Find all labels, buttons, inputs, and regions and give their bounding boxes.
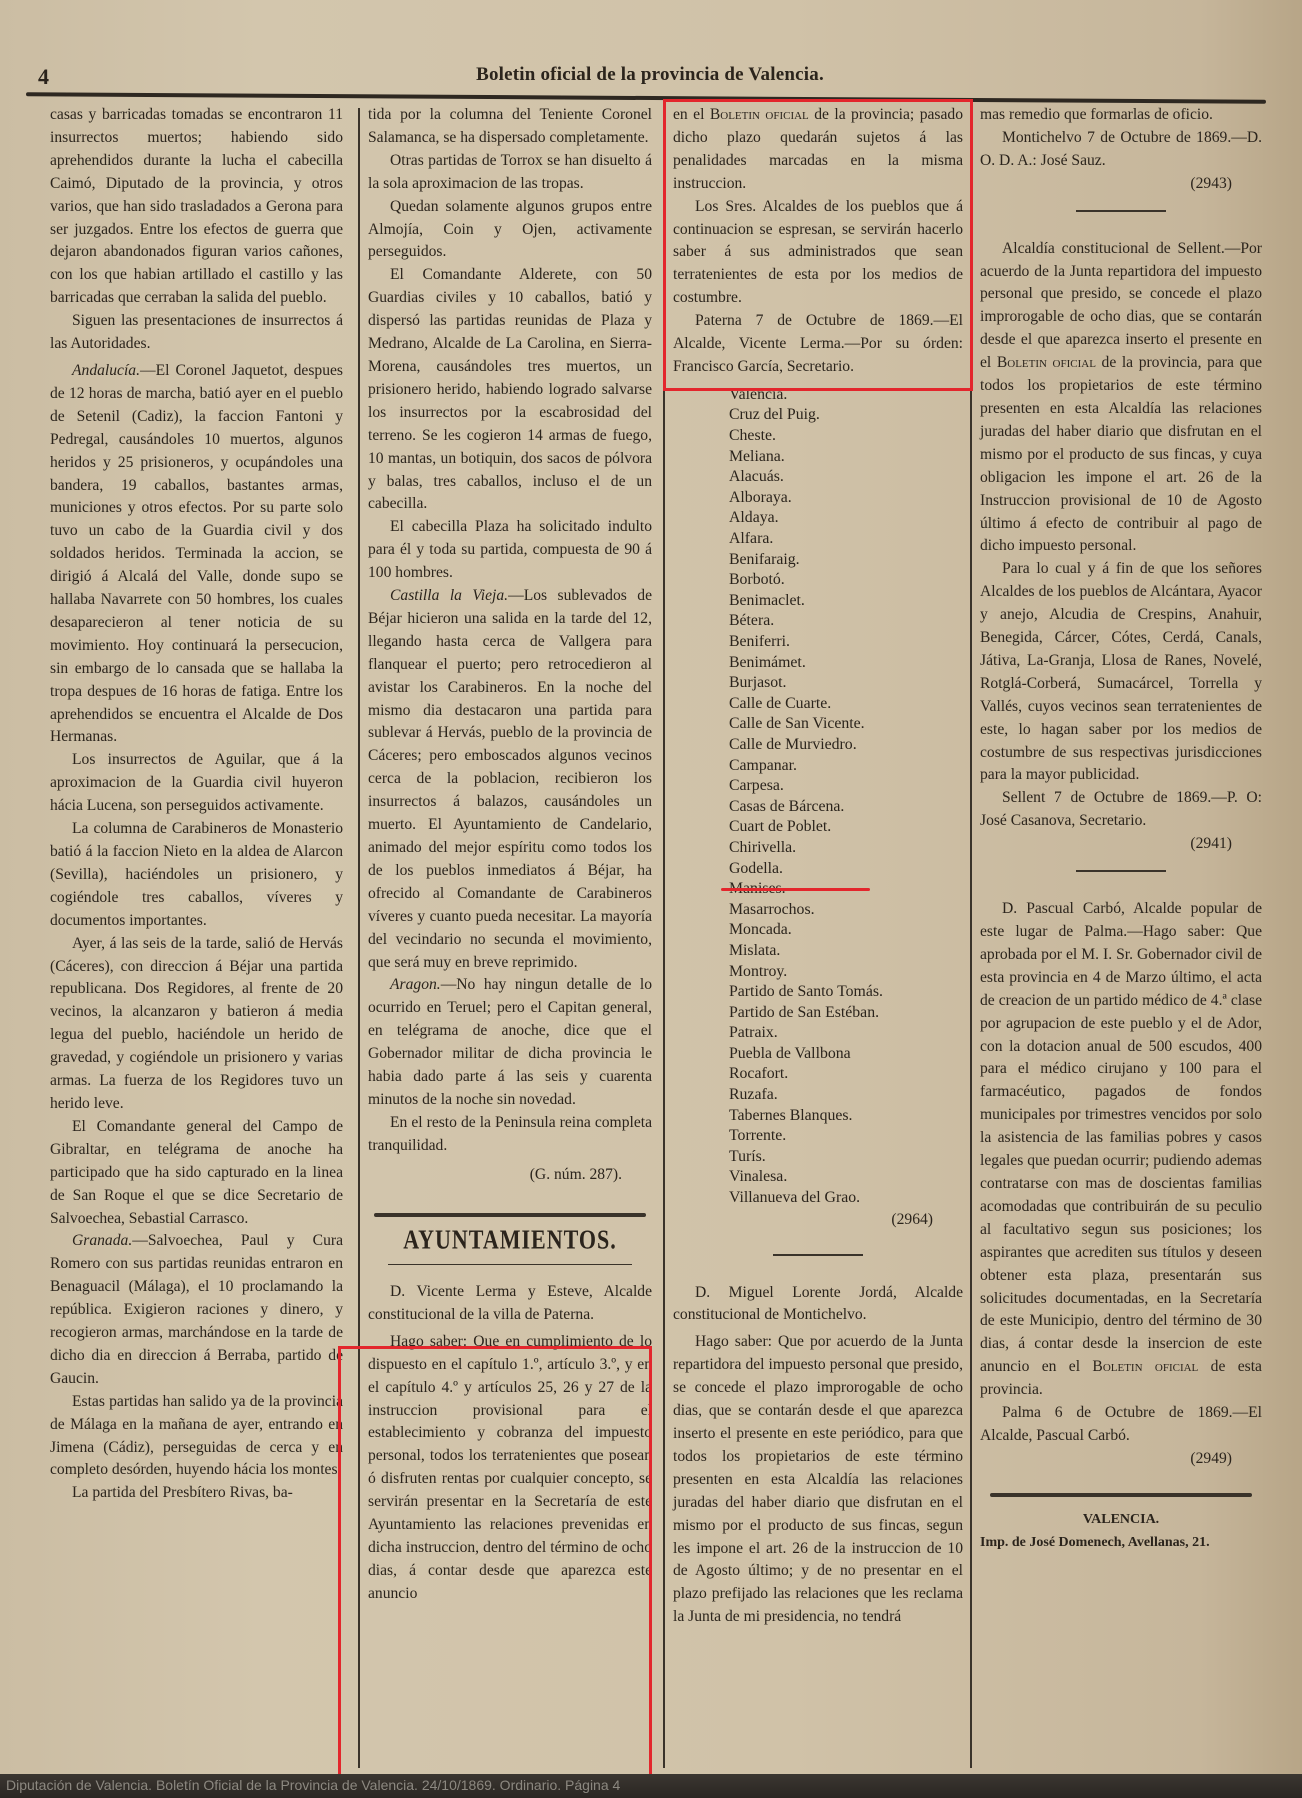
town-item: Calle de San Vicente. — [729, 714, 963, 735]
notice-body: Hago saber: Que por acuerdo de la Junta … — [673, 1331, 963, 1629]
town-item: Valencia. — [729, 385, 963, 406]
town-item: Casas de Bárcena. — [729, 797, 963, 818]
article-paragraph: El cabecilla Plaza ha solicitado indulto… — [368, 516, 652, 585]
notice-paragraph: Los Sres. Alcaldes de los pueblos que á … — [673, 196, 963, 311]
castilla-paragraph: Castilla la Vieja.—Los sublevados de Béj… — [368, 585, 652, 974]
notice-intro: D. Miguel Lorente Jordá, Alcalde constit… — [673, 1282, 963, 1328]
town-item-highlighted: Cuart de Poblet. — [729, 817, 963, 838]
notice-continuation: en el Boletin oficial de la provincia; p… — [673, 104, 963, 196]
bulletin-name: Boletin oficial — [710, 106, 809, 123]
town-item: Carpesa. — [729, 776, 963, 797]
article-paragraph: Estas partidas han salido ya de la provi… — [50, 1391, 343, 1483]
notice-reference: (2964) — [673, 1209, 963, 1232]
town-item: Patraix. — [729, 1023, 963, 1044]
region-lead: Aragon. — [390, 976, 441, 993]
town-item: Cruz del Puig. — [729, 405, 963, 426]
column-divider — [970, 108, 972, 1768]
town-item: Alboraya. — [729, 488, 963, 509]
town-item: Mislata. — [729, 941, 963, 962]
notice-body: Hago saber: Que en cumplimiento de lo di… — [368, 1331, 652, 1606]
article-paragraph: En el resto de la Peninsula reina comple… — [368, 1112, 652, 1158]
town-item: Campanar. — [729, 756, 963, 777]
column-divider — [358, 108, 360, 1768]
notice-signature: Montichelvo 7 de Octubre de 1869.—D. O. … — [980, 127, 1262, 173]
article-paragraph: casas y barricadas tomadas se encontraro… — [50, 104, 343, 310]
sellent-notice: Alcaldía constitucional de Sellent.—Por … — [980, 238, 1262, 559]
town-item: Aldaya. — [729, 508, 963, 529]
town-list: Valencia. Cruz del Puig. Cheste. Meliana… — [673, 385, 963, 1209]
town-item: Rocafort. — [729, 1064, 963, 1085]
article-paragraph: Siguen las presentaciones de insurrectos… — [50, 310, 343, 356]
notice-signature: Palma 6 de Octubre de 1869.—El Alcalde, … — [980, 1402, 1262, 1448]
town-item: Chirivella. — [729, 838, 963, 859]
town-item: Ruzafa. — [729, 1085, 963, 1106]
bulletin-name: Boletin oficial — [997, 354, 1096, 371]
town-item: Torrente. — [729, 1126, 963, 1147]
bulletin-name: Boletin oficial — [1092, 1358, 1198, 1375]
town-item: Masarrochos. — [729, 900, 963, 921]
town-item: Partido de Santo Tomás. — [729, 982, 963, 1003]
title-underline — [388, 1264, 632, 1266]
article-paragraph: El Comandante Alderete, con 50 Guardias … — [368, 264, 652, 516]
article-paragraph: Ayer, á las seis de la tarde, salió de H… — [50, 933, 343, 1116]
column-1: casas y barricadas tomadas se encontraro… — [50, 104, 343, 1505]
notice-reference: (2943) — [980, 173, 1262, 196]
town-item: Borbotó. — [729, 570, 963, 591]
article-paragraph: El Comandante general del Campo de Gibra… — [50, 1116, 343, 1231]
palma-notice: D. Pascual Carbó, Alcalde popular de est… — [980, 898, 1262, 1402]
section-title: AYUNTAMIENTOS. — [368, 1226, 652, 1255]
town-item: Godella. — [729, 859, 963, 880]
ayuntamientos-section: AYUNTAMIENTOS. D. Vicente Lerma y Esteve… — [368, 1213, 652, 1606]
notice-paragraph: Para lo cual y á fin de que los señores … — [980, 558, 1262, 787]
town-item: Alfara. — [729, 529, 963, 550]
article-paragraph: Otras partidas de Torrox se han disuelto… — [368, 150, 652, 196]
article-paragraph: La partida del Presbítero Rivas, ba- — [50, 1482, 343, 1505]
town-item: Benimámet. — [729, 653, 963, 674]
region-lead: Castilla la Vieja. — [390, 587, 508, 604]
imprint-rule — [990, 1493, 1252, 1497]
column-divider — [663, 108, 665, 1768]
section-rule — [374, 1213, 646, 1217]
town-item: Tabernes Blanques. — [729, 1106, 963, 1127]
town-item: Meliana. — [729, 447, 963, 468]
region-lead: Andalucía. — [72, 362, 140, 379]
town-item: Calle de Murviedro. — [729, 735, 963, 756]
town-item: Calle de Cuarte. — [729, 694, 963, 715]
granada-paragraph: Granada.—Salvoechea, Paul y Cura Romero … — [50, 1230, 343, 1390]
town-item: Benimaclet. — [729, 591, 963, 612]
source-reference: (G. núm. 287). — [368, 1164, 652, 1187]
separator-rule — [1076, 210, 1166, 212]
column-4: mas remedio que formarlas de oficio. Mon… — [980, 104, 1262, 1555]
town-item: Bétera. — [729, 611, 963, 632]
article-paragraph: Los insurrectos de Aguilar, que á la apr… — [50, 749, 343, 818]
notice-reference: (2949) — [980, 1448, 1262, 1471]
footer-bar: Diputación de Valencia. Boletín Oficial … — [0, 1774, 1302, 1798]
town-item: Moncada. — [729, 920, 963, 941]
imprint-printer: Imp. de José Domenech, Avellanas, 21. — [980, 1532, 1262, 1555]
notice-intro: D. Vicente Lerma y Esteve, Alcalde const… — [368, 1281, 652, 1327]
town-item: Vinalesa. — [729, 1167, 963, 1188]
page-header: 4 Boletin oficial de la provincia de Val… — [30, 64, 1270, 92]
town-item: Burjasot. — [729, 673, 963, 694]
town-item: Villanueva del Grao. — [729, 1188, 963, 1209]
andalucia-paragraph: Andalucía.—El Coronel Jaquetot, despues … — [50, 360, 343, 749]
article-paragraph: La columna de Carabineros de Monasterio … — [50, 818, 343, 933]
notice-continuation: mas remedio que formarlas de oficio. — [980, 104, 1262, 127]
footer-caption: Diputación de Valencia. Boletín Oficial … — [6, 1777, 620, 1793]
separator-rule — [773, 1254, 863, 1256]
article-paragraph: tida por la columna del Teniente Coronel… — [368, 104, 652, 150]
notice-signature: Sellent 7 de Octubre de 1869.—P. O: José… — [980, 787, 1262, 833]
highlight-underline-cuart-de-poblet — [721, 888, 870, 891]
notice-reference: (2941) — [980, 833, 1262, 856]
newspaper-page: 4 Boletin oficial de la provincia de Val… — [0, 0, 1302, 1798]
town-item: Benifaraig. — [729, 550, 963, 571]
column-3: en el Boletin oficial de la provincia; p… — [673, 104, 963, 1629]
aragon-paragraph: Aragon.—No hay ningun detalle de lo ocur… — [368, 974, 652, 1111]
column-2: tida por la columna del Teniente Coronel… — [368, 104, 652, 1606]
town-item: Partido de San Estéban. — [729, 1003, 963, 1024]
region-lead: Granada. — [72, 1232, 132, 1249]
town-item: Turís. — [729, 1147, 963, 1168]
separator-rule — [1076, 870, 1166, 872]
town-item: Cheste. — [729, 426, 963, 447]
imprint-city: VALENCIA. — [980, 1509, 1262, 1532]
town-item: Montroy. — [729, 962, 963, 983]
town-item: Beniferri. — [729, 632, 963, 653]
masthead-title: Boletin oficial de la provincia de Valen… — [30, 64, 1270, 86]
town-item: Puebla de Vallbona — [729, 1044, 963, 1065]
notice-signature: Paterna 7 de Octubre de 1869.—El Alcalde… — [673, 310, 963, 379]
town-item: Alacuás. — [729, 467, 963, 488]
header-rule — [26, 92, 1266, 104]
article-paragraph: Quedan solamente algunos grupos entre Al… — [368, 196, 652, 265]
